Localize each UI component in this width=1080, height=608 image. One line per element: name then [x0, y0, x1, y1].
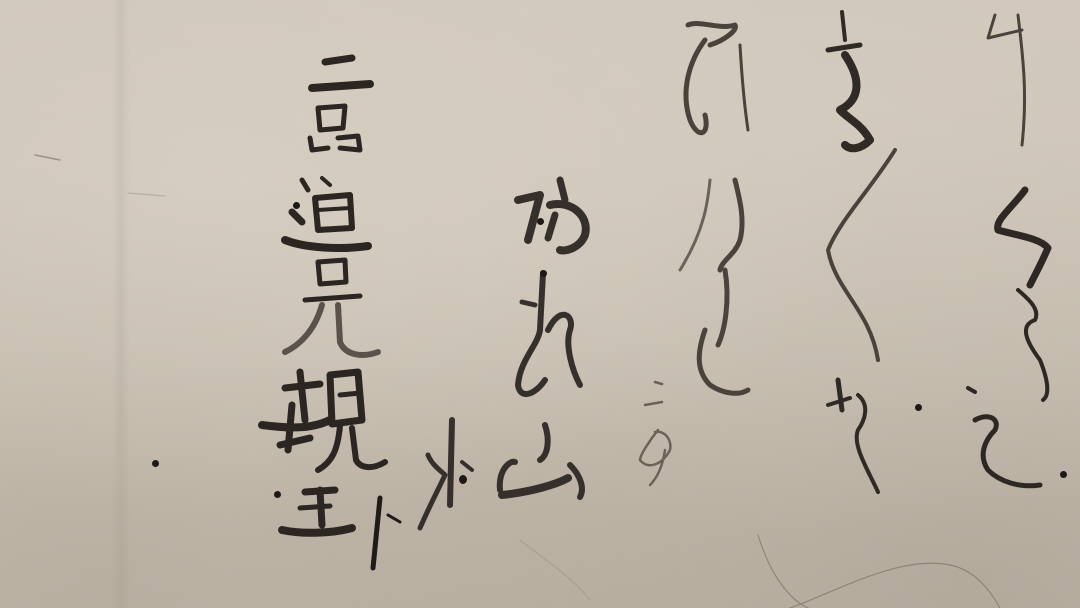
ink-dot — [537, 218, 544, 225]
calligraphy-paper: 二品道晃親王 詠春山水 おもひ津のかし 二句 さ多く 乃 け らそ 色 卜 — [0, 0, 1080, 608]
signature-strokes — [262, 58, 385, 533]
poem-2-strokes — [828, 12, 895, 492]
ink-dot — [1060, 471, 1067, 478]
ink-dot — [274, 491, 281, 498]
ink-dot — [459, 475, 467, 484]
ink-dot — [540, 270, 547, 277]
ink-dot — [293, 202, 300, 209]
ink-dot — [152, 460, 159, 467]
annotation-strokes — [640, 382, 670, 485]
poem-1-strokes — [680, 24, 748, 394]
ink-strokes — [0, 0, 1080, 608]
ink-dot — [915, 404, 922, 411]
title-strokes — [420, 180, 586, 528]
poem-3-strokes — [968, 15, 1048, 486]
edge-mark-strokes — [373, 498, 400, 568]
